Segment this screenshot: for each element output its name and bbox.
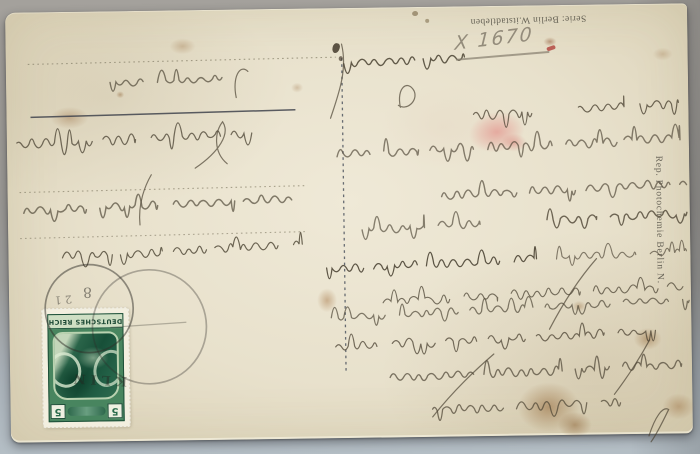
postmark: 8 2 1 KLIN: [13, 248, 213, 421]
address-dotted-line: [20, 186, 308, 193]
handwriting-row: [335, 322, 655, 355]
ink-blot: [339, 56, 343, 61]
handwriting-row: [390, 354, 682, 382]
handwriting-row: [473, 110, 532, 128]
handwriting-flourish: [235, 69, 248, 97]
handwriting-flourish: [614, 340, 651, 394]
postmark-bar: [110, 322, 186, 327]
postmark-town: KLIN: [68, 370, 127, 388]
handwriting-flourish: [649, 409, 669, 442]
postmark-circle: [92, 269, 208, 385]
handwriting-flourish: [139, 175, 152, 225]
handwriting-row: [344, 54, 465, 73]
handwriting-row: [110, 69, 222, 91]
handwriting-row: [432, 399, 620, 421]
handwriting-row: [337, 124, 681, 162]
postmark-digits: 2 1: [54, 292, 73, 306]
handwriting-row: [578, 95, 678, 115]
handwriting-row: [547, 207, 687, 229]
divider-line: [342, 58, 346, 372]
handwriting-row: [556, 240, 686, 265]
handwriting-row: [326, 247, 536, 279]
handwriting-row: [441, 178, 686, 203]
handwriting-flourish: [195, 122, 228, 168]
handwriting-flourish: [330, 44, 345, 118]
postcard: Serie: Berlin W.itstadtleben Rep. Photoc…: [5, 3, 693, 442]
address-solid-line: [30, 110, 295, 118]
handwriting-flourish: [549, 259, 598, 330]
handwriting-row: [362, 211, 480, 239]
photo-backdrop: Serie: Berlin W.itstadtleben Rep. Photoc…: [0, 0, 700, 454]
handwriting-row: [24, 192, 292, 222]
handwriting-flourish: [398, 85, 415, 107]
handwriting-row: [331, 294, 689, 325]
address-dotted-line: [20, 232, 306, 239]
address-dotted-line: [28, 57, 336, 64]
postmark-digit: 8: [83, 284, 92, 300]
